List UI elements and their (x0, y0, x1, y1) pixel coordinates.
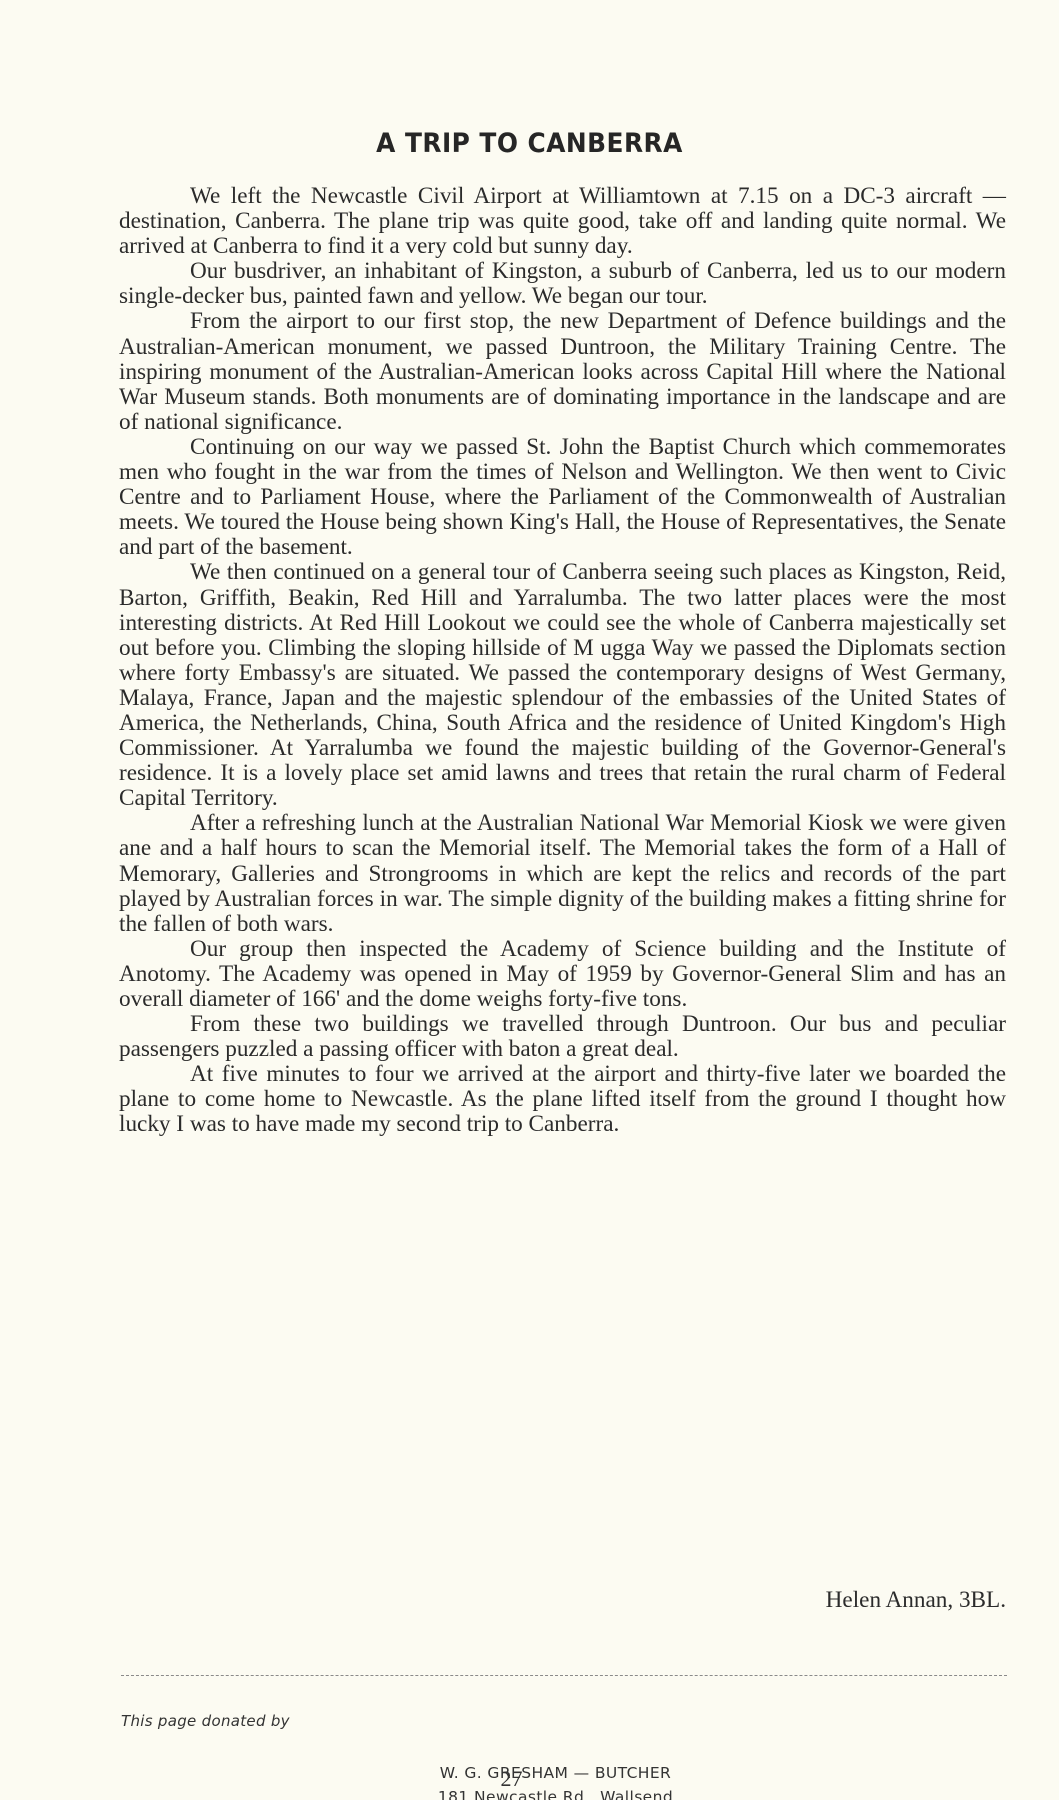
author-signature: Helen Annan, 3BL. (826, 1587, 1006, 1614)
paragraph-departure: We left the Newcastle Civil Airport at W… (119, 184, 1006, 259)
article-body: We left the Newcastle Civil Airport at W… (119, 184, 1006, 1138)
paragraph-war-memorial: After a refreshing lunch at the Australi… (119, 811, 1006, 936)
paragraph-duntroon: From these two buildings we travelled th… (119, 1012, 1006, 1062)
paragraph-general-tour: We then continued on a general tour of C… (119, 560, 1006, 811)
footer-divider (121, 1675, 1007, 1676)
paragraph-parliament: Continuing on our way we passed St. John… (119, 435, 1006, 560)
paragraph-busdriver: Our busdriver, an inhabitant of Kingston… (119, 259, 1006, 309)
paragraph-first-stop: From the airport to our first stop, the … (119, 309, 1006, 434)
article-title: A TRIP TO CANBERRA (42, 128, 1016, 159)
donated-by-label: This page donated by (121, 1712, 290, 1730)
paragraph-academy: Our group then inspected the Academy of … (119, 937, 1006, 1012)
document-page: A TRIP TO CANBERRA We left the Newcastle… (0, 0, 1059, 1800)
paragraph-return: At five minutes to four we arrived at th… (119, 1062, 1006, 1137)
page-number: 27 (0, 1766, 1041, 1792)
